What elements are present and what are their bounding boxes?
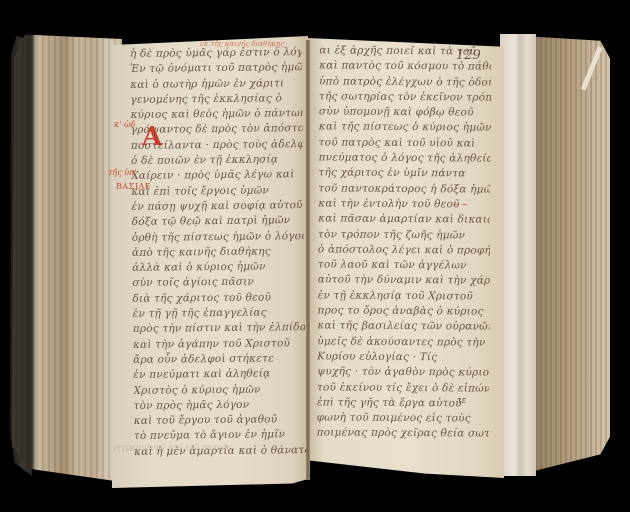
text-line: καὶ τῆς βασιλείας τῶν οὐρανῶν (317, 319, 489, 335)
text-line: τοῦ λαοῦ καὶ τῶν ἀγγέλων (318, 258, 490, 274)
right-fore-edge (500, 34, 536, 476)
text-line: ἡ δὲ πρὸς ὑμᾶς γάρ ἐστιν ὁ λόγος (130, 45, 302, 62)
text-line: ὀρθὴ τῆς πίστεως ἡμῶν ὁ λόγος (132, 229, 304, 246)
left-page-block (12, 30, 122, 482)
text-line: ὁ ἀπόστολος λέγει καὶ ὁ προφήτης (318, 242, 490, 258)
text-line: ὑμεῖς δὲ ἀκούσαντες πρὸς τὴν (317, 334, 489, 350)
right-page-text: αι ἐξ ἀρχῆς ποιεῖ καὶ τὰ τοῦ καὶ παντὸς … (317, 43, 492, 442)
text-line: αὐτοῦ τὴν δύναμιν καὶ τὴν χάριν (318, 273, 490, 289)
text-line: καὶ πᾶσαν ἁμαρτίαν καὶ δικαιοσύνην (318, 212, 490, 228)
text-line: τῆς χάριτος ἐν ὑμῖν πάντα (318, 166, 490, 182)
margin-note: τῆς ὑπ' (108, 168, 137, 177)
text-line: Κυρίου εὐλογίας · Τίς (317, 349, 489, 365)
text-line: τῆς σωτηρίας τὸν ἐκεῖνον τρόπον (319, 89, 491, 105)
text-line: ὁ δὲ ποιῶν ἐν τῇ ἐκκλησίᾳ (131, 152, 303, 169)
margin-note: ΒΑΣΙΛΕ (116, 182, 151, 191)
quire-mark: ιε (458, 396, 466, 406)
text-line: τοῦ πατρὸς καὶ τοῦ υἱοῦ καὶ (319, 135, 491, 151)
text-line: τοῦ παντοκράτορος ἡ δόξα ἡμῶν (318, 181, 490, 197)
left-page-text: ἡ δὲ πρὸς ὑμᾶς γάρ ἐστιν ὁ λόγος Ἐν τῷ ὀ… (130, 45, 306, 460)
text-line: Χαίρειν · πρὸς ὑμᾶς λέγω καὶ (131, 167, 303, 184)
text-line: ἐν τῇ γῇ τῆς ἐπαγγελίας (133, 305, 305, 322)
text-line: ἐν τῇ ἐκκλησίᾳ τοῦ Χριστοῦ (318, 288, 490, 304)
folio-number: 129 (456, 48, 481, 63)
margin-note: ~ ~ (452, 200, 468, 209)
text-line: ἐν πάσῃ ψυχῇ καὶ σοφίᾳ αὐτοῦ (131, 198, 303, 215)
text-line: καὶ ἐπὶ τοῖς ἔργοις ὑμῶν (131, 183, 303, 200)
text-line: φωνὴ τοῦ ποιμένος εἰς τοὺς (317, 411, 489, 427)
bottom-faint-note: γεγραμμένον ὑπὸ τοῦ πατρὸς (112, 443, 292, 452)
text-line: σὺν τοῖς ἁγίοις πᾶσιν (132, 275, 304, 292)
text-line: Ἐν τῷ ὀνόματι τοῦ πατρὸς ἡμῶν (130, 60, 302, 77)
text-line: γενομένης τῆς ἐκκλησίας ὁ (130, 91, 302, 108)
text-line: τὸν τρόπον τῆς ζωῆς ἡμῶν (318, 227, 490, 243)
gutter (306, 40, 310, 480)
text-line: καὶ ὁ σωτὴρ ἡμῶν ἐν χάριτι (130, 76, 302, 93)
text-line: σὺν ὑπομονῇ καὶ φόβῳ θεοῦ (319, 105, 491, 121)
text-line: ψυχῆς · τὸν ἀγαθὸν πρὸς κύριον (317, 365, 489, 381)
text-line: τοῦ ἐκείνου τίς ἔχει ὁ δὲ εἰπών (317, 380, 489, 396)
right-page-block (530, 32, 610, 472)
text-line: Χριστὸς ὁ κύριος ἡμῶν (133, 382, 305, 399)
margin-note: κ' ὠδ (114, 120, 135, 129)
text-line: προς το ὄρος ἀναβὰς ὁ κύριος (317, 303, 489, 319)
text-line: καὶ τῆς πίστεως ὁ κύριος ἡμῶν (319, 120, 491, 136)
red-initial: Α (142, 122, 162, 152)
text-line: κύριος καὶ θεὸς ἡμῶν ὁ πάντων (130, 106, 302, 123)
text-line: τὸν πρὸς ἡμᾶς λόγον (134, 397, 306, 414)
text-line: καὶ τοῦ ἔργου τοῦ ἀγαθοῦ (134, 412, 306, 429)
text-line: ποιμένας πρὸς χεῖρας θεία σωτηρία (317, 426, 489, 442)
text-line: ἄρα οὖν ἀδελφοὶ στήκετε (133, 351, 305, 368)
text-line: ὑπὸ πατρὸς ἐλέγχων ὁ τῆς ὁδοῦ (319, 74, 491, 90)
manuscript-photo: ἐκ τῆς καινῆς διαθήκης ἡ δὲ πρὸς ὑμᾶς γά… (0, 0, 630, 512)
text-line: διὰ τῆς χάριτος τοῦ θεοῦ (132, 290, 304, 307)
text-line: πρὸς τὴν πίστιν καὶ τὴν ἐλπίδα (133, 320, 305, 337)
text-line: καὶ τὴν ἀγάπην τοῦ Χριστοῦ (133, 336, 305, 353)
text-line: δόξα τῷ θεῷ καὶ πατρὶ ἡμῶν (132, 213, 304, 230)
text-line: πνεύματος ὁ λόγος τῆς ἀληθείας (319, 150, 491, 166)
text-line: ἀπὸ τῆς καινῆς διαθήκης (132, 244, 304, 261)
text-line: ἐν πνεύματι καὶ ἀληθείᾳ (133, 366, 305, 383)
text-line: ἀλλὰ καὶ ὁ κύριος ἡμῶν (132, 259, 304, 276)
